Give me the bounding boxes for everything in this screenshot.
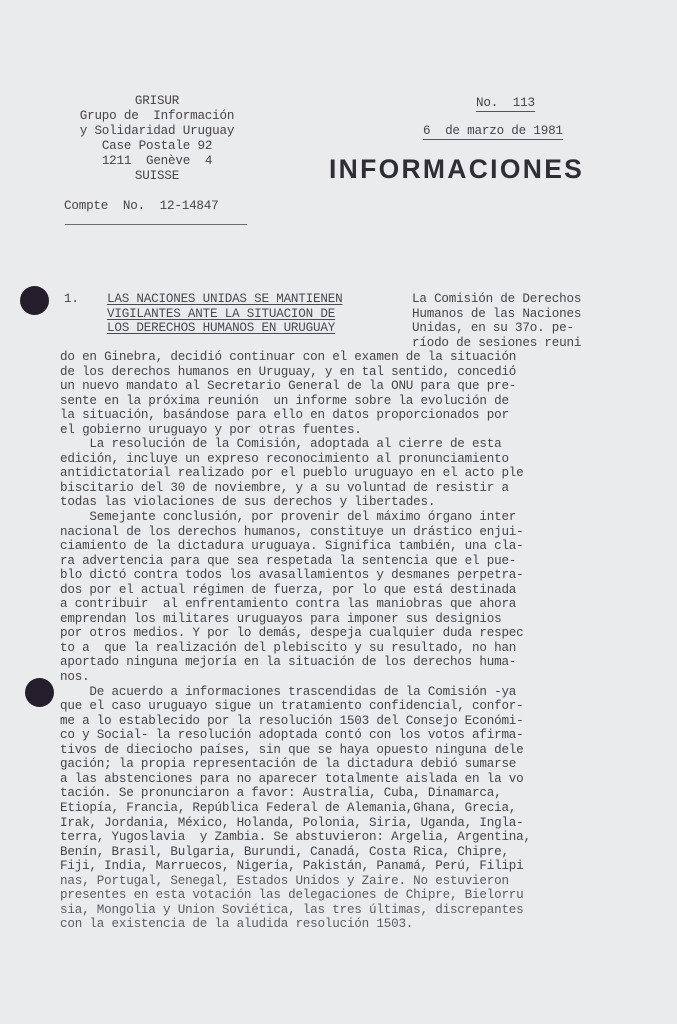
body-line: to a que la realización del plebiscito y… (60, 641, 531, 656)
body-line: un nuevo mandato al Secretario General d… (60, 379, 531, 394)
body-line: a las abstenciones para no aparecer tota… (60, 772, 531, 787)
lead-line: La Comisión de Derechos (412, 292, 581, 307)
headline-line: LAS NACIONES UNIDAS SE MANTIENEN (107, 292, 342, 307)
body-line: con la existencia de la aludida resoluci… (60, 917, 531, 932)
body-line: ciamiento de la dictadura uruguaya. Sign… (60, 539, 531, 554)
article-number: 1. (64, 292, 79, 306)
body-line: edición, incluye un expreso reconocimien… (60, 452, 531, 467)
body-line: nacional de los derechos humanos, consti… (60, 525, 531, 540)
body-line: antidictatorial realizado por el pueblo … (60, 466, 531, 481)
body-line: Semejante conclusión, por provenir del m… (60, 510, 531, 525)
sender-org-acronym: GRISUR (62, 94, 252, 109)
headline-line: LOS DERECHOS HUMANOS EN URUGUAY (107, 321, 342, 336)
body-line: la situación, basándose para ello en dat… (60, 408, 531, 423)
body-line: sente en la próxima reunión un informe s… (60, 394, 531, 409)
lead-line: ríodo de sesiones reuni (412, 336, 581, 351)
sender-line: y Solidaridad Uruguay (62, 124, 252, 139)
body-line: do en Ginebra, decidió continuar con el … (60, 350, 531, 365)
sender-line: 1211 Genève 4 (62, 154, 252, 169)
body-line: por otros medios. Y por lo demás, despej… (60, 626, 531, 641)
body-line: el gobierno uruguayo y por otras fuentes… (60, 423, 531, 438)
body-line: tivos de dieciocho países, sin que se ha… (60, 743, 531, 758)
body-line: La resolución de la Comisión, adoptada a… (60, 437, 531, 452)
body-line: tación. Se pronunciaron a favor: Austral… (60, 786, 531, 801)
divider (65, 224, 247, 225)
body-line: co y Social- la resolución adoptada cont… (60, 728, 531, 743)
sender-line: SUISSE (62, 169, 252, 184)
punch-hole (20, 286, 49, 315)
body-line: de los derechos humanos en Uruguay, y en… (60, 365, 531, 380)
body-line: terra, Yugoslavia y Zambia. Se abstuvier… (60, 830, 531, 845)
body-line: a contribuir al enfrentamiento contra la… (60, 597, 531, 612)
body-line: dos por el actual régimen de fuerza, por… (60, 583, 531, 598)
body-line: emprendan los militares uruguayos para i… (60, 612, 531, 627)
sender-line: Case Postale 92 (62, 139, 252, 154)
body-line: Etiopía, Francia, República Federal de A… (60, 801, 531, 816)
body-line: ra advertencia para que sea respetada la… (60, 554, 531, 569)
body-line: sia, Mongolia y Union Soviética, las tre… (60, 903, 531, 918)
body-line: De acuerdo a informaciones trascendidas … (60, 685, 531, 700)
article-body: do en Ginebra, decidió continuar con el … (60, 350, 531, 932)
body-line: me a lo establecido por la resolución 15… (60, 714, 531, 729)
sender-line: Grupo de Información (62, 109, 252, 124)
article-lead: La Comisión de Derechos Humanos de las N… (412, 292, 581, 350)
article-headline: LAS NACIONES UNIDAS SE MANTIENEN VIGILAN… (107, 292, 342, 336)
body-line: nos. (60, 670, 531, 685)
account-number: Compte No. 12-14847 (64, 199, 219, 213)
body-line: aportado ninguna mejoría en la situación… (60, 655, 531, 670)
body-line: nas, Portugal, Senegal, Estados Unidos y… (60, 874, 531, 889)
lead-line: Unidas, en su 37o. pe- (412, 321, 581, 336)
body-line: todas las violaciones de sus derechos y … (60, 495, 531, 510)
body-line: biscitario del 30 de noviembre, y a su v… (60, 481, 531, 496)
issue-number: No. 113 (476, 96, 535, 112)
body-line: Benín, Brasil, Bulgaria, Burundi, Canadá… (60, 845, 531, 860)
document-page: GRISUR Grupo de Información y Solidarida… (0, 0, 677, 1024)
issue-date: 6 de marzo de 1981 (423, 124, 563, 140)
body-line: Irak, Jordania, México, Holanda, Polonia… (60, 816, 531, 831)
sender-address-block: GRISUR Grupo de Información y Solidarida… (62, 94, 252, 184)
body-line: blo dictó contra todos los avasallamient… (60, 568, 531, 583)
body-line: Fiji, India, Marruecos, Nigeria, Pakistá… (60, 859, 531, 874)
lead-line: Humanos de las Naciones (412, 307, 581, 322)
masthead-title: INFORMACIONES (329, 154, 584, 185)
body-line: que el caso uruguayo sigue un tratamient… (60, 699, 531, 714)
punch-hole (25, 678, 54, 707)
body-line: gación; la propia representación de la d… (60, 757, 531, 772)
headline-line: VIGILANTES ANTE LA SITUACION DE (107, 307, 342, 322)
body-line: presentes en esta votación las delegacio… (60, 888, 531, 903)
